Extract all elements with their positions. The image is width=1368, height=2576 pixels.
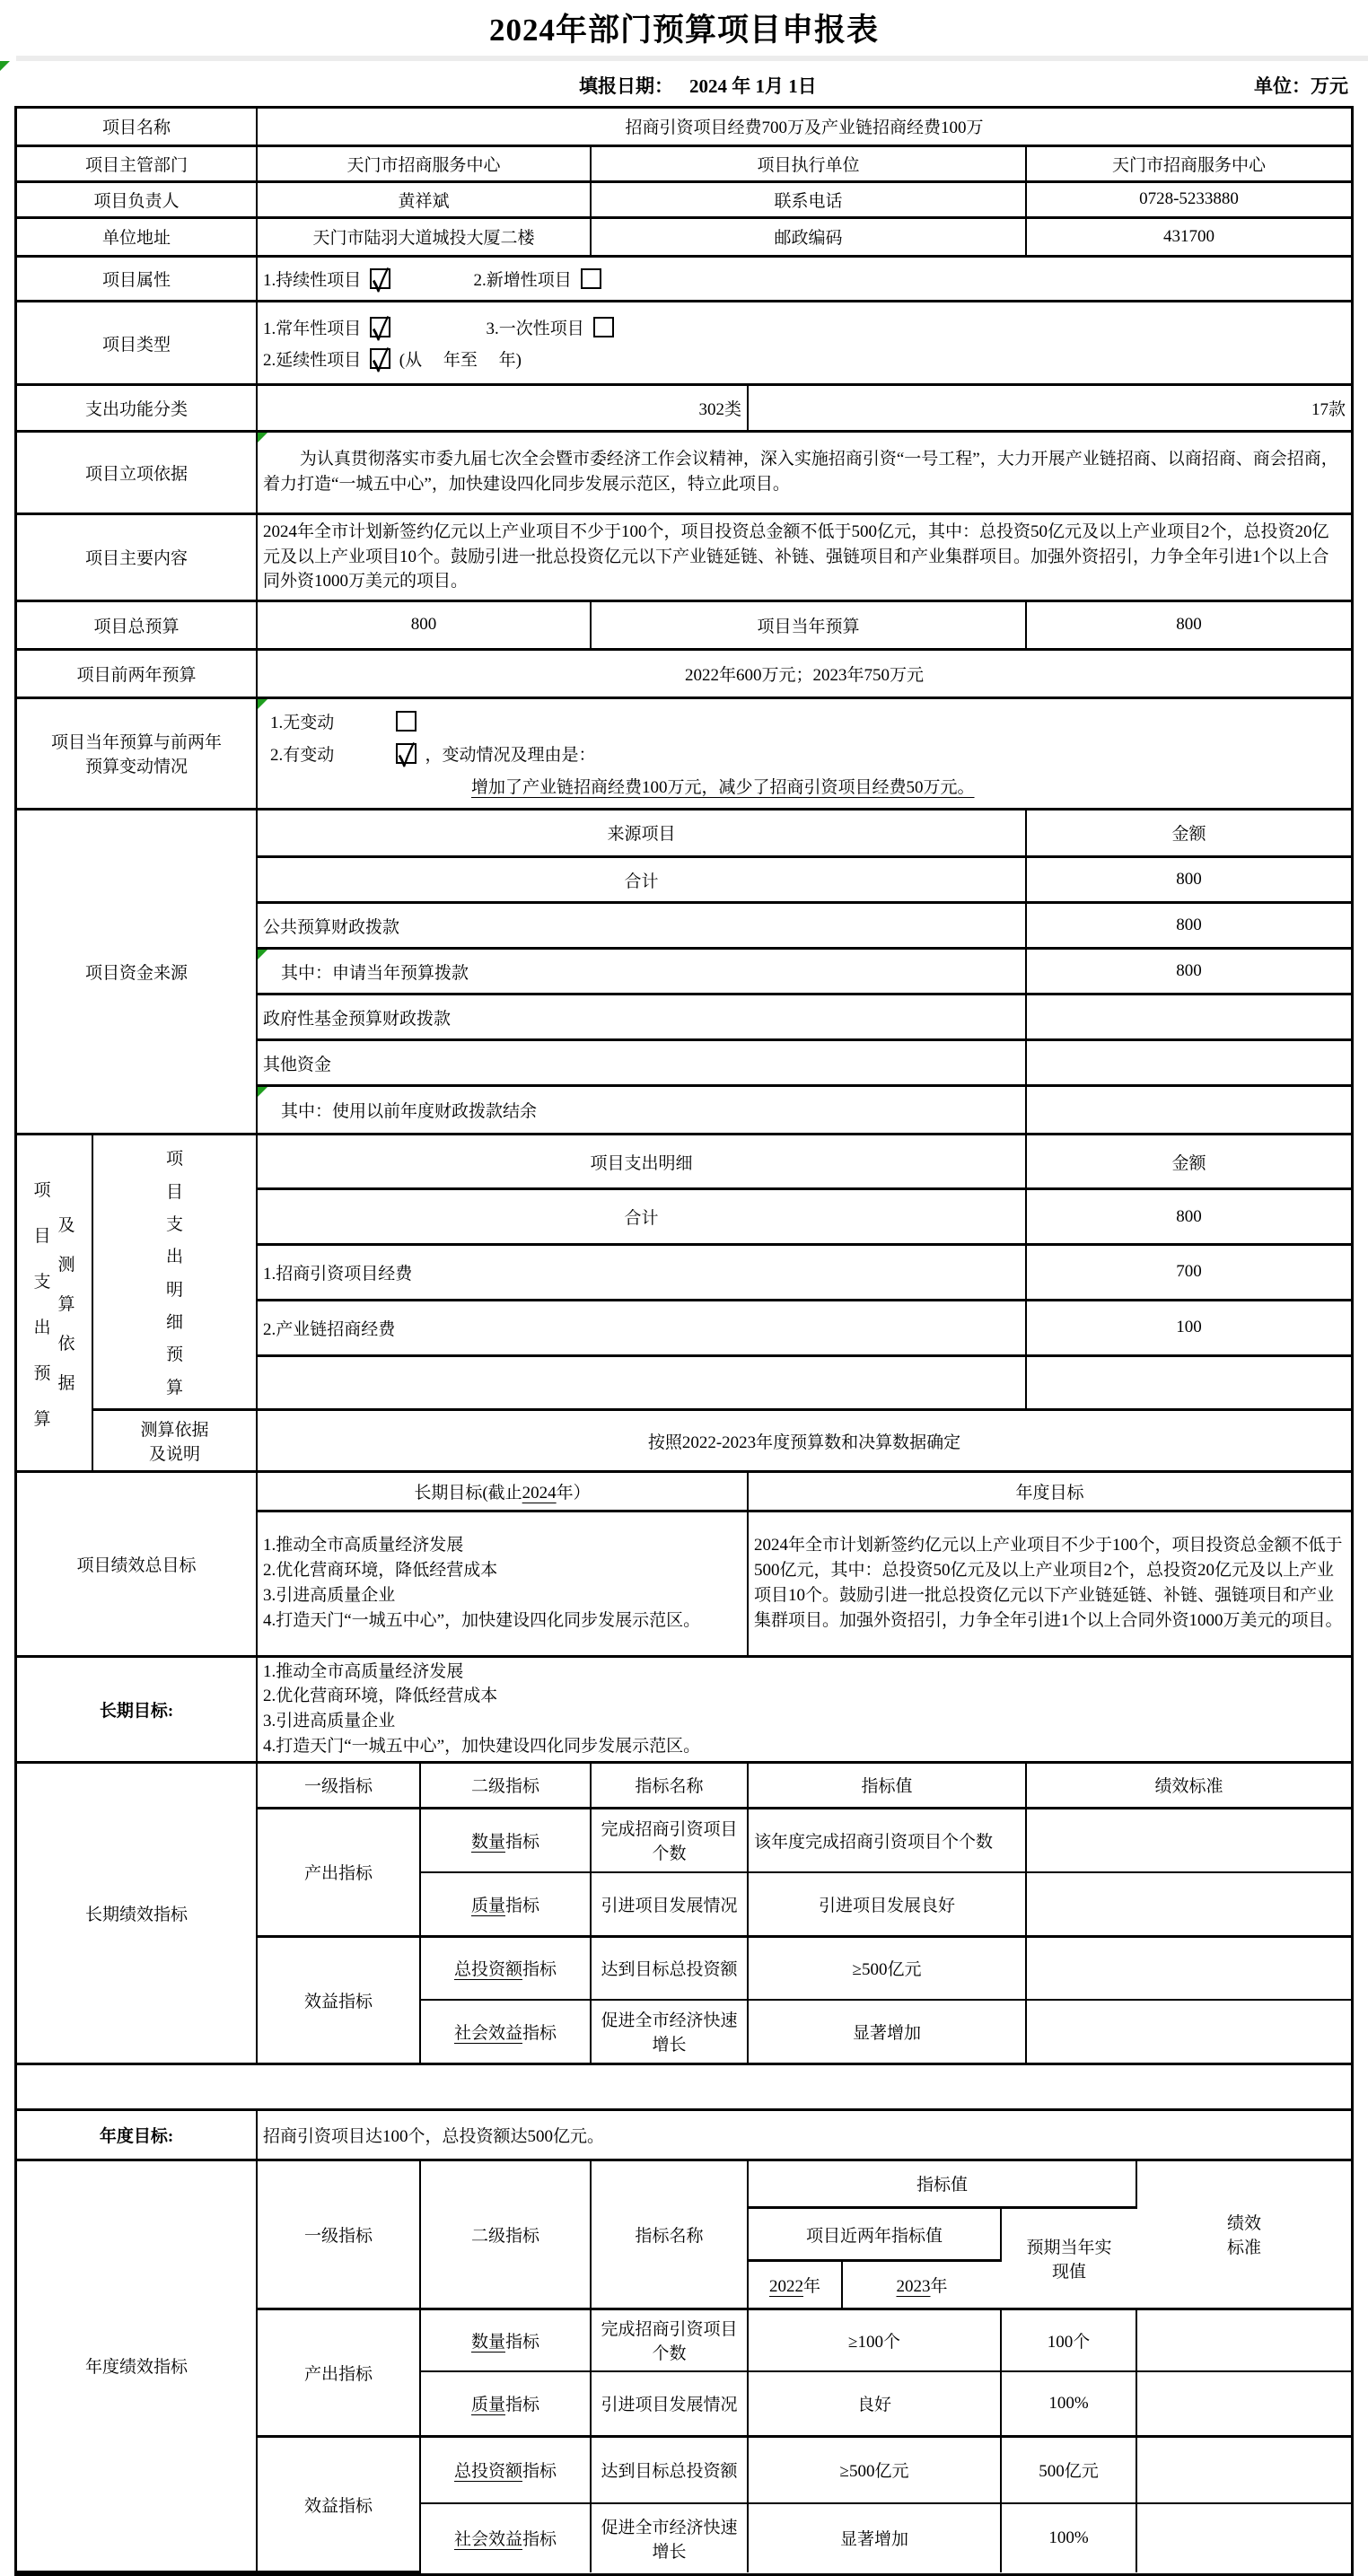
leader-value: 黄祥斌 xyxy=(257,181,591,217)
checkbox-onetime-project[interactable] xyxy=(593,317,614,337)
header-standard-text: 绩效标准 xyxy=(1223,2210,1265,2258)
standard-cell xyxy=(1136,2437,1351,2503)
header-standard: 绩效标准 xyxy=(1026,1764,1351,1808)
type-option-3: 3.一次性项目 xyxy=(487,320,584,338)
level2-underlined: 社会效益 xyxy=(454,2530,522,2549)
long-goal-header-year: 2024 xyxy=(522,1484,557,1503)
expenditure-item-cell: 1.招商引资项目经费 xyxy=(257,1244,1026,1300)
basic-info-table: 项目名称 招商引资项目经费700万及产业链招商经费100万 项目主管部门 天门市… xyxy=(17,109,1351,258)
attribute-options: 1.持续性项目 2.新增性项目 xyxy=(257,258,1351,302)
indicator-value-cell: 该年度完成招商引资项目个个数 xyxy=(748,1808,1026,1872)
prev-budget-label: 项目前两年预算 xyxy=(17,649,257,697)
level2-underlined: 数量 xyxy=(471,2333,505,2352)
overall-goal-table: 项目绩效总目标 长期目标(截止2024年） 年度目标 1.推动全市高质量经济发展… xyxy=(17,1473,1351,1658)
expenditure-amount-cell: 700 xyxy=(1026,1244,1351,1300)
project-content-text: 2024年全市计划新签约亿元以上产业项目不少于100个，项目投资总金额不低于50… xyxy=(257,513,1351,600)
recent-value-cell: ≥100个 xyxy=(748,2309,1001,2371)
page-title: 2024年部门预算项目申报表 xyxy=(489,5,879,50)
calc-basis-label: 测算依据及说明 xyxy=(92,1410,257,1472)
change-reason: 增加了产业链招商经费100万元，减少了招商引资项目经费50万元。 xyxy=(471,778,975,797)
type-option-2: 2.延续性项目 xyxy=(263,351,361,370)
funding-table: 项目资金来源 来源项目 金额 合计 800 公共预算财政拨款 800 其中：申请… xyxy=(17,810,1351,1136)
header-expected-text: 预期当年实现值 xyxy=(1023,2234,1116,2282)
expenditure-table: 项目支出预算 及测算依据 项目支出明细预算 项目支出明细 金额 合计 800 1… xyxy=(17,1135,1351,1473)
standard-cell xyxy=(1026,1936,1351,2000)
annual-indicators-label: 年度绩效指标 xyxy=(17,2161,257,2572)
cell-corner-marker xyxy=(258,433,267,442)
level2-underlined: 质量 xyxy=(471,1897,505,1915)
cell-corner-marker xyxy=(258,699,267,709)
level2-underlined: 质量 xyxy=(471,2396,505,2414)
level2-indicator: 数量指标 xyxy=(420,2309,591,2371)
address-value: 天门市陆羽大道城投大厦二楼 xyxy=(257,217,591,256)
level2-rest: 指标 xyxy=(522,2530,557,2549)
annual-goal-text: 招商引资项目达100个，总投资额达500亿元。 xyxy=(257,2111,1351,2160)
overall-annual-goal-text: 2024年全市计划新签约亿元以上产业项目不少于100个，项目投资总金额不低于50… xyxy=(748,1511,1351,1656)
funding-amount-cell: 800 xyxy=(1026,857,1351,903)
group-output-indicator: 产出指标 xyxy=(257,1808,420,1936)
level2-indicator: 质量指标 xyxy=(420,2371,591,2437)
overall-goal-label: 项目绩效总目标 xyxy=(17,1473,257,1656)
level2-rest: 指标 xyxy=(505,1897,539,1915)
expected-value-cell: 100个 xyxy=(1001,2309,1136,2371)
expenditure-outer-label-col1: 项目支出预算 xyxy=(33,1155,50,1451)
annual-indicators-table: 年度绩效指标 一级指标 二级指标 指标名称 指标值 绩效标准 项目近两年指标值 … xyxy=(17,2161,1351,2574)
cell-corner-marker xyxy=(0,61,10,71)
calc-basis-text: 按照2022-2023年度预算数和决算数据确定 xyxy=(257,1410,1351,1472)
address-label: 单位地址 xyxy=(17,217,257,256)
long-goal-text: 1.推动全市高质量经济发展 2.优化营商环境，降低经营成本 3.引进高质量企业 … xyxy=(257,1658,1351,1763)
expenditure-outer-label: 项目支出预算 及测算依据 xyxy=(17,1135,92,1472)
standard-cell xyxy=(1136,2309,1351,2371)
year-2022: 2022 xyxy=(769,2277,803,2296)
checkbox-annual-project[interactable] xyxy=(370,317,390,337)
attribute-label: 项目属性 xyxy=(17,258,257,302)
expenditure-item-cell xyxy=(257,1355,1026,1409)
header-indicator-value: 指标值 xyxy=(748,1764,1026,1808)
change-option-2: 2.有变动 xyxy=(270,741,387,766)
prev-budget-value: 2022年600万元；2023年750万元 xyxy=(257,649,1351,697)
change-label: 项目当年预算与前两年预算变动情况 xyxy=(17,697,257,809)
project-basis-text-cell: 为认真贯彻落实市委九届七次全会暨市委经济工作会议精神，深入实施招商引资“一号工程… xyxy=(257,433,1351,513)
table-row: 年度目标: 招商引资项目达100个，总投资额达500亿元。 xyxy=(17,2111,1351,2160)
year-suffix: 年 xyxy=(930,2277,947,2296)
zip-value: 431700 xyxy=(1026,217,1351,256)
project-basis-label: 项目立项依据 xyxy=(17,433,257,513)
change-suffix: ，变动情况及理由是： xyxy=(425,746,596,765)
year-budget-value: 800 xyxy=(1026,600,1351,649)
funding-amount-cell: 800 xyxy=(1026,949,1351,994)
indicator-name-cell: 促进全市经济快速增长 xyxy=(591,2503,748,2572)
indicator-value-cell: 显著增加 xyxy=(748,2000,1026,2063)
phone-label: 联系电话 xyxy=(591,181,1026,217)
header-indicator-name: 指标名称 xyxy=(591,1764,748,1808)
funding-source-cell: 其中：申请当年预算拨款 xyxy=(257,949,1026,994)
funding-source-cell: 政府性基金预算财政拨款 xyxy=(257,994,1026,1040)
group-benefit-indicator: 效益指标 xyxy=(257,2437,420,2572)
spacer-table xyxy=(17,2065,1351,2112)
cell-corner-marker xyxy=(258,950,267,959)
indicator-name-cell: 引进项目发展情况 xyxy=(591,2371,748,2437)
long-goal-header-pre: 长期目标(截止 xyxy=(414,1484,522,1503)
header-indicator-name: 指标名称 xyxy=(591,2161,748,2309)
year-budget-label: 项目当年预算 xyxy=(591,600,1026,649)
long-goal-header-post: 年） xyxy=(557,1484,591,1503)
project-basis-text: 为认真贯彻落实市委九届七次全会暨市委经济工作会议精神，深入实施招商引资“一号工程… xyxy=(263,447,1346,497)
annual-goal-header: 年度目标 xyxy=(748,1473,1351,1511)
expenditure-inner-label: 项目支出明细预算 xyxy=(92,1135,257,1410)
standard-cell xyxy=(1026,1808,1351,1872)
funding-source-cell: 其中：使用以前年度财政拨款结余 xyxy=(257,1086,1026,1135)
header-year-2023: 2023年 xyxy=(842,2261,1001,2309)
header-indicator-value: 指标值 xyxy=(748,2161,1136,2208)
standard-cell xyxy=(1136,2503,1351,2572)
function-item-value: 17款 xyxy=(748,385,1351,432)
funding-label: 项目资金来源 xyxy=(17,810,257,1135)
table-row: 年度绩效指标 一级指标 二级指标 指标名称 指标值 绩效标准 xyxy=(17,2161,1351,2208)
table-row: 项目总预算 800 项目当年预算 800 xyxy=(17,600,1351,649)
header-expected-value: 预期当年实现值 xyxy=(1001,2208,1136,2309)
dept-value: 天门市招商服务中心 xyxy=(257,145,591,181)
indicator-name-cell: 完成招商引资项目个数 xyxy=(591,1808,748,1872)
project-name-value: 招商引资项目经费700万及产业链招商经费100万 xyxy=(257,109,1351,145)
funding-source-cell: 公共预算财政拨款 xyxy=(257,903,1026,949)
long-goal-label: 长期目标: xyxy=(17,1658,257,1763)
expenditure-amount-cell: 800 xyxy=(1026,1189,1351,1244)
indicator-value-cell: ≥500亿元 xyxy=(748,1936,1026,2000)
change-options-cell: 1.无变动 2.有变动 ，变动情况及理由是： 增加了产业链招商经费100万元，减… xyxy=(257,697,1351,809)
table-row: 支出功能分类 302类 17款 xyxy=(17,385,1351,432)
level2-underlined: 总投资额 xyxy=(454,1960,522,1979)
level2-indicator: 质量指标 xyxy=(420,1872,591,1936)
standard-cell xyxy=(1026,2000,1351,2063)
funding-source-text: 其中：申请当年预算拨款 xyxy=(281,964,469,983)
checkbox-continuous-project[interactable] xyxy=(370,268,390,289)
year-suffix: 年 xyxy=(803,2277,820,2296)
form-table: 项目名称 招商引资项目经费700万及产业链招商经费100万 项目主管部门 天门市… xyxy=(14,106,1354,2576)
fill-date-value: 2024 年 1月 1日 xyxy=(689,75,817,97)
expected-value-cell: 100% xyxy=(1001,2371,1136,2437)
header-level2: 二级指标 xyxy=(420,2161,591,2309)
long-indicators-label: 长期绩效指标 xyxy=(17,1764,257,2063)
year-2023: 2023 xyxy=(896,2277,930,2296)
table-row: 项目当年预算与前两年预算变动情况 1.无变动 2.有变动 ，变动情况及理由是： … xyxy=(17,697,1351,809)
indicator-name-cell: 达到目标总投资额 xyxy=(591,1936,748,2000)
table-row: 项目绩效总目标 长期目标(截止2024年） 年度目标 xyxy=(17,1473,1351,1511)
function-class-value: 302类 xyxy=(257,385,748,432)
level2-rest: 指标 xyxy=(522,2024,557,2043)
level2-indicator: 数量指标 xyxy=(420,1808,591,1872)
project-name-label: 项目名称 xyxy=(17,109,257,145)
checkbox-no-change[interactable] xyxy=(396,711,417,732)
header-recent-values: 项目近两年指标值 xyxy=(748,2208,1001,2261)
header-level1: 一级指标 xyxy=(257,1764,420,1808)
level2-indicator: 总投资额指标 xyxy=(420,2437,591,2503)
exec-unit-label: 项目执行单位 xyxy=(591,145,1026,181)
table-row: 长期目标: 1.推动全市高质量经济发展 2.优化营商环境，降低经营成本 3.引进… xyxy=(17,1658,1351,1763)
table-row: 长期绩效指标 一级指标 二级指标 指标名称 指标值 绩效标准 xyxy=(17,1764,1351,1808)
level2-rest: 指标 xyxy=(505,1833,539,1852)
recent-value-cell: 显著增加 xyxy=(748,2503,1001,2572)
table-row: 项目名称 招商引资项目经费700万及产业链招商经费100万 xyxy=(17,109,1351,145)
expenditure-item-cell: 合计 xyxy=(257,1189,1026,1244)
level2-rest: 指标 xyxy=(522,1960,557,1979)
attribute-option-1: 1.持续性项目 xyxy=(263,271,361,290)
funding-source-cell: 其他资金 xyxy=(257,1040,1026,1086)
expected-value-cell: 500亿元 xyxy=(1001,2437,1136,2503)
annual-goal-table: 年度目标: 招商引资项目达100个，总投资额达500亿元。 xyxy=(17,2111,1351,2161)
table-row: 项目前两年预算 2022年600万元；2023年750万元 xyxy=(17,649,1351,697)
expenditure-amount-cell: 100 xyxy=(1026,1300,1351,1355)
expenditure-item-cell: 2.产业链招商经费 xyxy=(257,1300,1026,1355)
annual-goal-label: 年度目标: xyxy=(17,2111,257,2160)
header-standard: 绩效标准 xyxy=(1136,2161,1351,2309)
title-block: 2024年部门预算项目申报表 xyxy=(0,0,1368,56)
total-budget-value: 800 xyxy=(257,600,591,649)
recent-value-cell: 良好 xyxy=(748,2371,1001,2437)
long-goal-header: 长期目标(截止2024年） xyxy=(257,1473,748,1511)
table-row: 项目主管部门 天门市招商服务中心 项目执行单位 天门市招商服务中心 xyxy=(17,145,1351,181)
group-benefit-indicator: 效益指标 xyxy=(257,1936,420,2063)
leader-label: 项目负责人 xyxy=(17,181,257,217)
funding-amount-cell xyxy=(1026,1040,1351,1086)
attribute-option-2: 2.新增性项目 xyxy=(474,271,572,290)
phone-value: 0728-5233880 xyxy=(1026,181,1351,217)
attribute-table: 项目属性 1.持续性项目 2.新增性项目 项目类型 1.常年性项目 3.一 xyxy=(17,258,1351,434)
recent-value-cell: ≥500亿元 xyxy=(748,2437,1001,2503)
change-label-text: 项目当年预算与前两年预算变动情况 xyxy=(45,729,229,777)
level2-underlined: 总投资额 xyxy=(454,2462,522,2481)
header-level2: 二级指标 xyxy=(420,1764,591,1808)
calc-basis-label-text: 测算依据及说明 xyxy=(136,1416,214,1465)
exec-unit-value: 天门市招商服务中心 xyxy=(1026,145,1351,181)
funding-col-amount: 金额 xyxy=(1026,810,1351,857)
level2-indicator: 总投资额指标 xyxy=(420,1936,591,2000)
function-class-label: 支出功能分类 xyxy=(17,385,257,432)
fill-date: 填报日期：2024 年 1月 1日 xyxy=(579,72,817,99)
unit-label: 单位：万元 xyxy=(1254,72,1348,99)
group-output-indicator: 产出指标 xyxy=(257,2309,420,2437)
funding-amount-cell: 800 xyxy=(1026,903,1351,949)
type-option-1: 1.常年性项目 xyxy=(263,320,361,338)
long-indicators-table: 长期绩效指标 一级指标 二级指标 指标名称 指标值 绩效标准 产出指标 数量指标… xyxy=(17,1764,1351,2065)
header-level1: 一级指标 xyxy=(257,2161,420,2309)
table-row xyxy=(17,2065,1351,2110)
funding-source-cell: 合计 xyxy=(257,857,1026,903)
type-option-2-suffix: (从 年至 年) xyxy=(399,351,522,370)
level2-rest: 指标 xyxy=(505,2333,539,2352)
indicator-name-cell: 促进全市经济快速增长 xyxy=(591,2000,748,2063)
table-row: 项目主要内容 2024年全市计划新签约亿元以上产业项目不少于100个，项目投资总… xyxy=(17,513,1351,600)
expected-value-cell: 100% xyxy=(1001,2503,1136,2572)
dept-label: 项目主管部门 xyxy=(17,145,257,181)
table-row: 项目属性 1.持续性项目 2.新增性项目 xyxy=(17,258,1351,302)
expenditure-amount-cell xyxy=(1026,1355,1351,1409)
expenditure-outer-label-col2: 及测算依据 xyxy=(58,1196,75,1410)
level2-rest: 指标 xyxy=(522,2462,557,2481)
table-row: 项目支出预算 及测算依据 项目支出明细预算 项目支出明细 金额 xyxy=(17,1135,1351,1189)
table-row: 测算依据及说明 按照2022-2023年度预算数和决算数据确定 xyxy=(17,1410,1351,1472)
cell-corner-marker xyxy=(258,1087,267,1097)
long-goal-table: 长期目标: 1.推动全市高质量经济发展 2.优化营商环境，降低经营成本 3.引进… xyxy=(17,1658,1351,1765)
level2-rest: 指标 xyxy=(505,2396,539,2414)
checkbox-has-change[interactable] xyxy=(396,743,417,764)
indicator-name-cell: 引进项目发展情况 xyxy=(591,1872,748,1936)
indicator-name-cell: 达到目标总投资额 xyxy=(591,2437,748,2503)
overall-long-goal-text: 1.推动全市高质量经济发展 2.优化营商环境，降低经营成本 3.引进高质量企业 … xyxy=(257,1511,748,1656)
type-options: 1.常年性项目 3.一次性项目 2.延续性项目 (从 年至 年) xyxy=(257,302,1351,385)
fill-date-label: 填报日期： xyxy=(579,75,673,97)
standard-cell xyxy=(1136,2371,1351,2437)
expenditure-inner-label-text: 项目支出明细预算 xyxy=(99,1137,250,1406)
total-budget-label: 项目总预算 xyxy=(17,600,257,649)
level2-underlined: 数量 xyxy=(471,1833,505,1852)
zip-label: 邮政编码 xyxy=(591,217,1026,256)
table-row: 项目负责人 黄祥斌 联系电话 0728-5233880 xyxy=(17,181,1351,217)
level2-indicator: 社会效益指标 xyxy=(420,2000,591,2063)
expenditure-col-detail: 项目支出明细 xyxy=(257,1135,1026,1189)
empty-cell xyxy=(17,2065,1351,2110)
funding-amount-cell xyxy=(1026,994,1351,1040)
expenditure-col-amount: 金额 xyxy=(1026,1135,1351,1189)
table-row: 项目资金来源 来源项目 金额 xyxy=(17,810,1351,857)
project-content-label: 项目主要内容 xyxy=(17,513,257,600)
table-row: 单位地址 天门市陆羽大道城投大厦二楼 邮政编码 431700 xyxy=(17,217,1351,256)
level2-underlined: 社会效益 xyxy=(454,2024,522,2043)
table-row: 项目立项依据 为认真贯彻落实市委九届七次全会暨市委经济工作会议精神，深入实施招商… xyxy=(17,433,1351,513)
level2-indicator: 社会效益指标 xyxy=(420,2503,591,2572)
indicator-value-cell: 引进项目发展良好 xyxy=(748,1872,1026,1936)
indicator-name-cell: 完成招商引资项目个数 xyxy=(591,2309,748,2371)
checkbox-continuation-project[interactable] xyxy=(370,348,390,369)
standard-cell xyxy=(1026,1872,1351,1936)
funding-amount-cell xyxy=(1026,1086,1351,1135)
checkbox-new-project[interactable] xyxy=(581,268,601,289)
table-row: 项目类型 1.常年性项目 3.一次性项目 2.延续性项目 (从 年至 年) xyxy=(17,302,1351,385)
basis-content-table: 项目立项依据 为认真贯彻落实市委九届七次全会暨市委经济工作会议精神，深入实施招商… xyxy=(17,433,1351,810)
budget-declaration-form: 2024年部门预算项目申报表 填报日期：2024 年 1月 1日 单位：万元 项… xyxy=(0,0,1368,2576)
funding-source-text: 其中：使用以前年度财政拨款结余 xyxy=(281,1102,537,1121)
header-year-2022: 2022年 xyxy=(748,2261,842,2309)
change-option-1: 1.无变动 xyxy=(270,709,387,733)
type-label: 项目类型 xyxy=(17,302,257,385)
date-row: 填报日期：2024 年 1月 1日 单位：万元 xyxy=(0,61,1368,106)
funding-col-source: 来源项目 xyxy=(257,810,1026,857)
